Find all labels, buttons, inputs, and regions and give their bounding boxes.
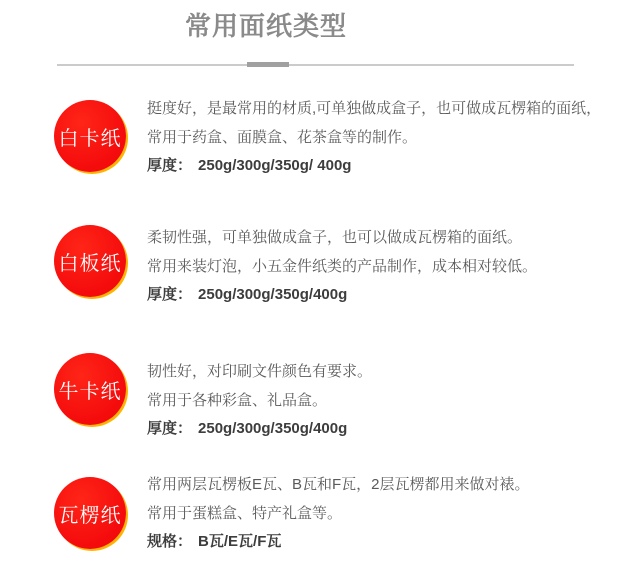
- paper-type-badge: 牛卡纸: [54, 353, 126, 425]
- description-line-1: 常用两层瓦楞板E瓦、B瓦和F瓦，2层瓦楞都用来做对裱。: [147, 471, 530, 500]
- description-line-2: 常用于各种彩盒、礼品盒。: [147, 387, 372, 416]
- paper-type-badge-label: 白卡纸: [59, 122, 122, 151]
- paper-type-badge: 白卡纸: [54, 100, 126, 172]
- spec-label: 厚度：: [147, 157, 192, 174]
- spec-value: B瓦/E瓦/F瓦: [198, 533, 281, 550]
- spec-label: 厚度：: [147, 420, 192, 437]
- spec-value: 250g/300g/350g/400g: [198, 286, 347, 303]
- spec-line: 厚度：250g/300g/350g/ 400g: [147, 152, 601, 181]
- spec-value: 250g/300g/350g/400g: [198, 420, 347, 437]
- title-divider: [57, 64, 574, 66]
- paper-type-badge: 瓦楞纸: [54, 477, 126, 549]
- description-line-1: 柔韧性强，可单独做成盒子，也可以做成瓦楞箱的面纸。: [147, 224, 537, 253]
- paper-type-description: 柔韧性强，可单独做成盒子，也可以做成瓦楞箱的面纸。 常用来装灯泡，小五金件纸类的…: [147, 224, 537, 310]
- paper-type-description: 韧性好，对印刷文件颜色有要求。 常用于各种彩盒、礼品盒。 厚度：250g/300…: [147, 358, 372, 444]
- spec-value: 250g/300g/350g/ 400g: [198, 157, 351, 174]
- paper-type-badge-label: 牛卡纸: [59, 375, 122, 404]
- paper-type-badge-label: 白板纸: [59, 247, 122, 276]
- paper-types-infographic: 常用面纸类型 白卡纸 挺度好，是最常用的材质,可单独做成盒子，也可做成瓦楞箱的面…: [0, 0, 633, 585]
- description-line-2: 常用于蛋糕盒、特产礼盒等。: [147, 500, 530, 529]
- spec-line: 厚度：250g/300g/350g/400g: [147, 281, 537, 310]
- spec-line: 厚度：250g/300g/350g/400g: [147, 415, 372, 444]
- paper-type-section-corrugated: 瓦楞纸 常用两层瓦楞板E瓦、B瓦和F瓦，2层瓦楞都用来做对裱。 常用于蛋糕盒、特…: [0, 471, 633, 561]
- spec-label: 规格：: [147, 533, 192, 550]
- paper-type-section-white-board: 白板纸 柔韧性强，可单独做成盒子，也可以做成瓦楞箱的面纸。 常用来装灯泡，小五金…: [0, 224, 633, 314]
- paper-type-section-kraft: 牛卡纸 韧性好，对印刷文件颜色有要求。 常用于各种彩盒、礼品盒。 厚度：250g…: [0, 358, 633, 448]
- paper-type-section-white-cardboard: 白卡纸 挺度好，是最常用的材质,可单独做成盒子，也可做成瓦楞箱的面纸， 常用于药…: [0, 95, 633, 185]
- spec-label: 厚度：: [147, 286, 192, 303]
- paper-type-badge: 白板纸: [54, 225, 126, 297]
- description-line-1: 挺度好，是最常用的材质,可单独做成盒子，也可做成瓦楞箱的面纸，: [147, 95, 601, 124]
- paper-type-description: 常用两层瓦楞板E瓦、B瓦和F瓦，2层瓦楞都用来做对裱。 常用于蛋糕盒、特产礼盒等…: [147, 471, 530, 557]
- spec-line: 规格：B瓦/E瓦/F瓦: [147, 528, 530, 557]
- paper-type-description: 挺度好，是最常用的材质,可单独做成盒子，也可做成瓦楞箱的面纸， 常用于药盒、面膜…: [147, 95, 601, 181]
- page-title: 常用面纸类型: [0, 6, 532, 43]
- description-line-2: 常用来装灯泡，小五金件纸类的产品制作，成本相对较低。: [147, 253, 537, 282]
- description-line-2: 常用于药盒、面膜盒、花茶盒等的制作。: [147, 124, 601, 153]
- paper-type-badge-label: 瓦楞纸: [59, 499, 122, 528]
- description-line-1: 韧性好，对印刷文件颜色有要求。: [147, 358, 372, 387]
- title-divider-accent: [247, 62, 289, 67]
